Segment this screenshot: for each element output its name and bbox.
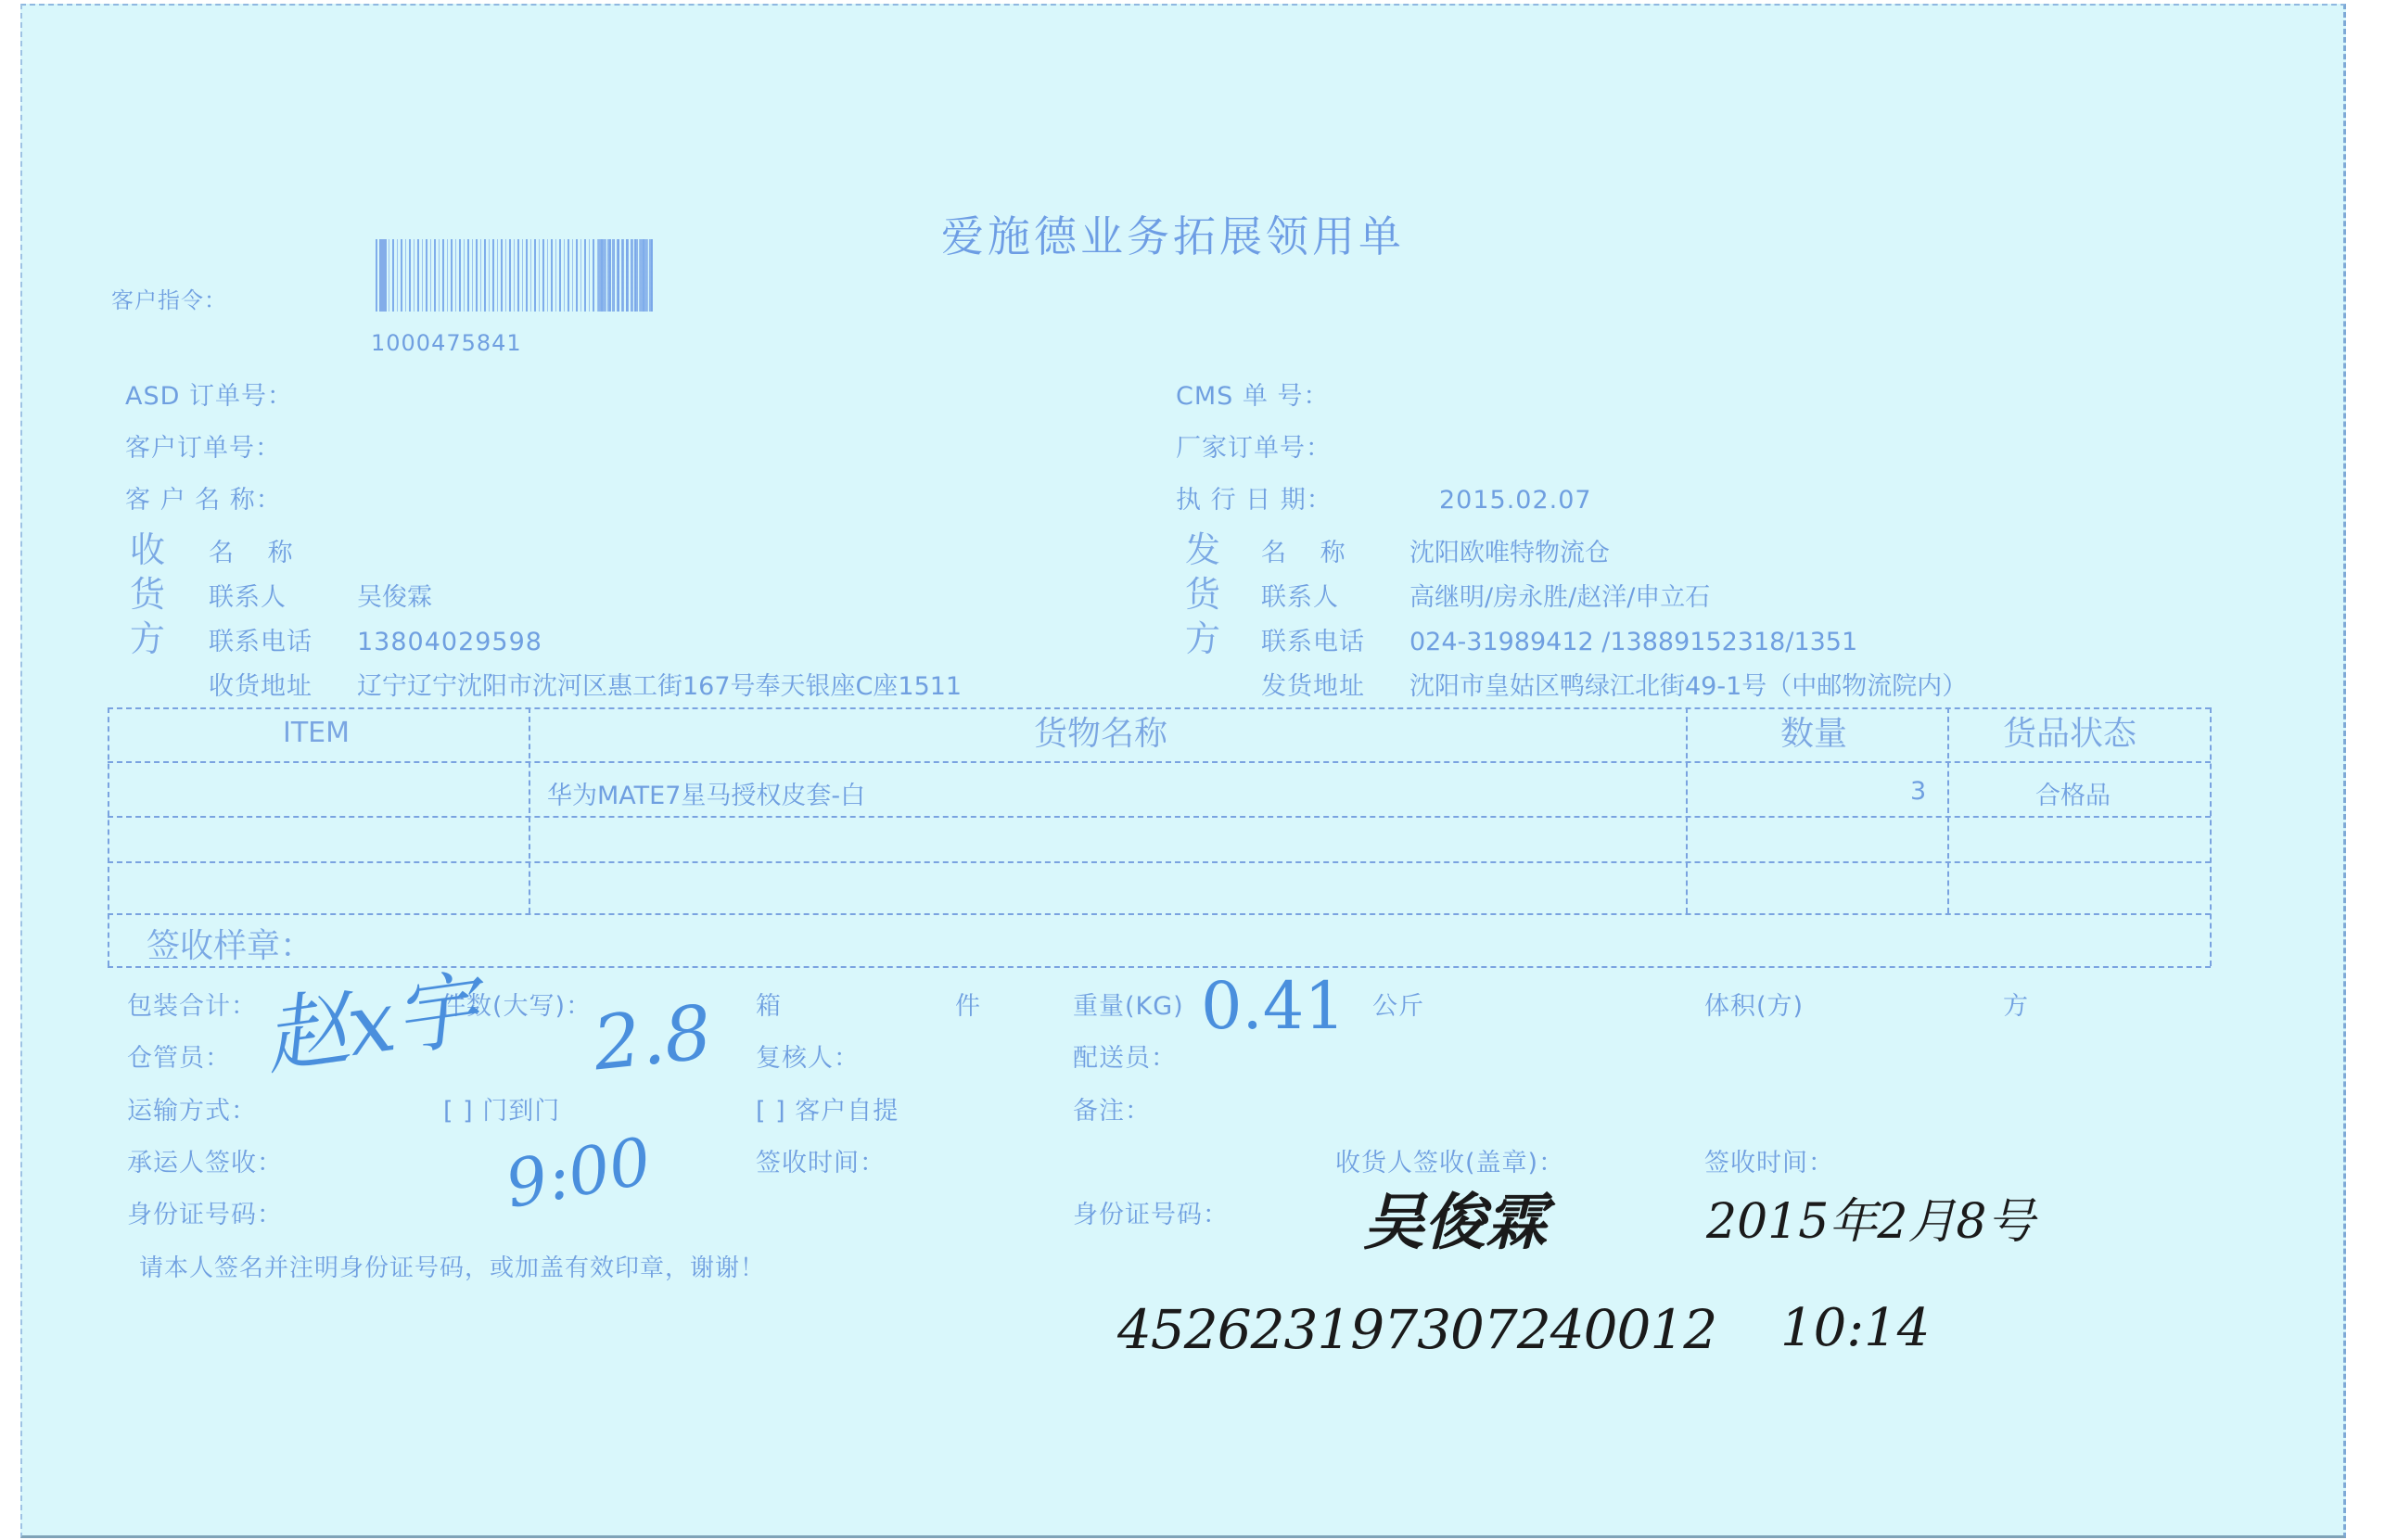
- receiver-sign-time: 10:14: [1780, 1303, 1930, 1355]
- factory-order-label: 厂家订单号：: [1176, 436, 1332, 461]
- receiver-sign-time-label: 签收时间：: [1704, 1151, 1834, 1176]
- receiver-contact-value: 吴俊霖: [357, 585, 432, 610]
- remark-label: 备注：: [1073, 1099, 1151, 1124]
- weight-unit: 公斤: [1372, 994, 1424, 1019]
- receiver-address-value: 辽宁辽宁沈阳市沈河区惠工街167号奉天银座C座1511: [357, 674, 962, 699]
- table-header-item: ITEM: [283, 719, 350, 747]
- stamp-label: 签收样章：: [147, 930, 313, 963]
- table-header-goods-name: 货物名称: [1034, 718, 1167, 751]
- receiver-name-label: 名 称: [209, 541, 306, 566]
- sender-contact-label: 联系人: [1261, 585, 1339, 610]
- box-unit: 箱: [756, 994, 782, 1019]
- receiver-side-char-3: 方: [130, 621, 165, 656]
- table-header-status: 货品状态: [2003, 718, 2136, 751]
- weight-label: 重量(KG): [1073, 994, 1184, 1019]
- weight-value: 0.41: [1201, 974, 1346, 1038]
- warehouse-keeper-label: 仓管员：: [127, 1046, 231, 1071]
- sender-side-char-3: 方: [1185, 621, 1220, 656]
- sender-side-char-2: 货: [1185, 577, 1220, 612]
- sender-phone-label: 联系电话: [1261, 630, 1365, 655]
- table-header-quantity: 数量: [1780, 718, 1847, 751]
- form-title: 爱施德业务拓展领用单: [941, 215, 1405, 258]
- reviewer-label: 复核人：: [756, 1046, 860, 1071]
- receiver-contact-label: 联系人: [209, 585, 287, 610]
- exec-date-label: 执 行 日 期：: [1176, 488, 1333, 513]
- sender-side-char-1: 发: [1185, 532, 1220, 567]
- package-total-label: 包装合计：: [127, 994, 257, 1019]
- receiver-id-number: 452623197307240012: [1117, 1303, 1716, 1356]
- receiver-side-char-2: 货: [130, 577, 165, 612]
- sender-contact-value: 高继明/房永胜/赵洋/申立石: [1409, 585, 1710, 610]
- sender-phone-value: 024-31989412 /13889152318/1351: [1409, 630, 1857, 655]
- customer-order-label: 客户订单号：: [125, 436, 281, 461]
- self-pickup-checkbox[interactable]: [ ] 客户自提: [756, 1099, 899, 1124]
- keeper-date: 2.8: [590, 996, 715, 1082]
- exec-date-value: 2015.02.07: [1439, 488, 1592, 513]
- cms-order-label: CMS 单 号：: [1176, 384, 1329, 409]
- carrier-sign-label: 承运人签收：: [127, 1151, 283, 1176]
- receiver-address-label: 收货地址: [209, 674, 312, 699]
- receiver-signature: 吴俊霖: [1363, 1191, 1547, 1253]
- receiver-sign-date: 2015年2月8号: [1706, 1198, 2035, 1246]
- receiver-phone-label: 联系电话: [209, 630, 312, 655]
- receiver-sign-label: 收货人签收(盖章)：: [1335, 1151, 1564, 1176]
- barcode: [376, 239, 654, 312]
- piece-unit: 件: [955, 994, 981, 1019]
- sender-address-label: 发货地址: [1261, 674, 1365, 699]
- door-to-door-checkbox[interactable]: [ ] 门到门: [443, 1099, 560, 1124]
- asd-order-label: ASD 订单号：: [125, 384, 293, 409]
- sender-name-value: 沈阳欧唯特物流仓: [1409, 541, 1610, 566]
- row-status: 合格品: [2035, 783, 2111, 808]
- receiver-side-char-1: 收: [130, 532, 165, 567]
- notice-text: 请本人签名并注明身份证号码，或加盖有效印章，谢谢！: [139, 1256, 765, 1280]
- delivery-person-label: 配送员：: [1073, 1046, 1177, 1071]
- barcode-number: 1000475841: [371, 332, 522, 354]
- volume-unit: 方: [2003, 994, 2029, 1019]
- carrier-sign-time-label: 签收时间：: [756, 1151, 886, 1176]
- receiver-phone-value: 13804029598: [357, 630, 542, 655]
- customer-instruction-label: 客户指令：: [111, 289, 227, 312]
- row-goods-name: 华为MATE7星马授权皮套-白: [547, 783, 865, 808]
- transport-method-label: 运输方式：: [127, 1099, 257, 1124]
- id-number-label-right: 身份证号码：: [1073, 1203, 1229, 1228]
- sender-name-label: 名 称: [1261, 541, 1358, 566]
- customer-name-label: 客 户 名 称：: [125, 488, 282, 513]
- id-number-label-left: 身份证号码：: [127, 1203, 283, 1228]
- volume-label: 体积(方): [1704, 994, 1804, 1019]
- sender-address-value: 沈阳市皇姑区鸭绿江北街49-1号（中邮物流院内）: [1409, 674, 1967, 699]
- row-quantity: 3: [1910, 779, 1926, 804]
